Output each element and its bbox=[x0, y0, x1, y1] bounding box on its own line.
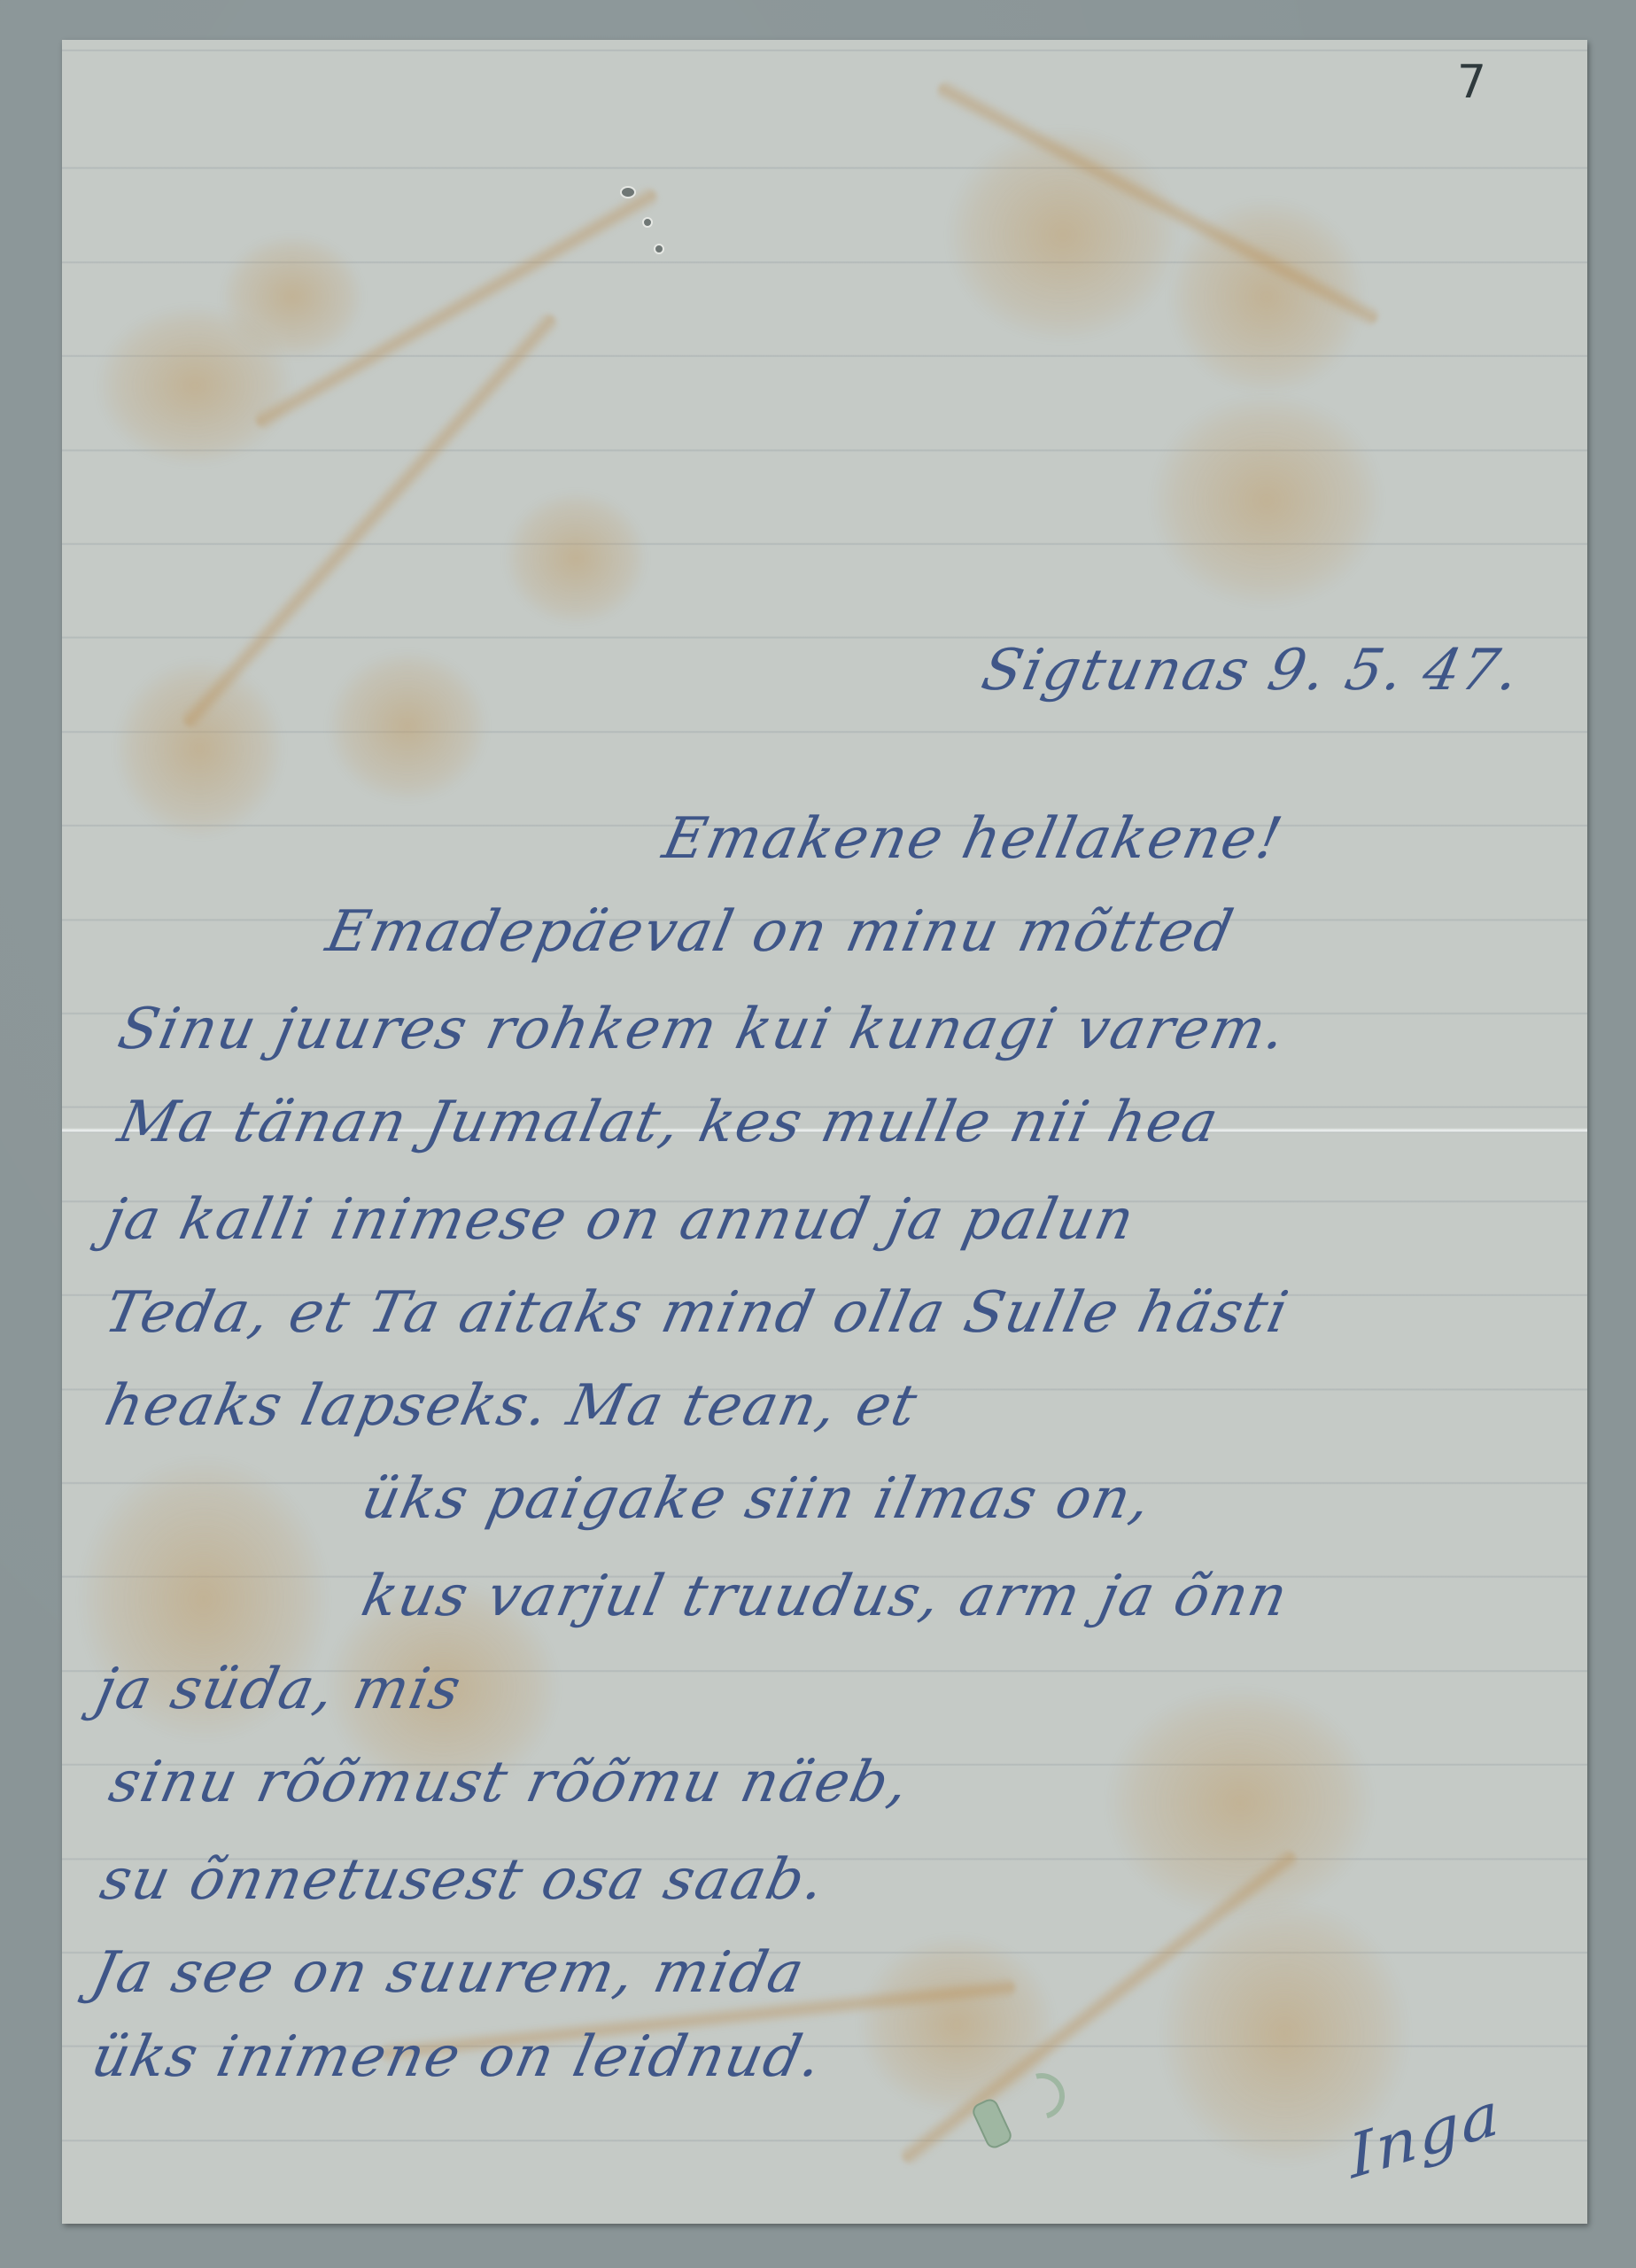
flower-stain bbox=[115, 660, 283, 837]
puncture-hole bbox=[654, 244, 664, 254]
staple-remnant bbox=[970, 2096, 1014, 2151]
flower-stain bbox=[1151, 394, 1382, 607]
poem-line: ja süda, mis bbox=[91, 1661, 467, 1718]
poem-line: sinu rõõmust rõõmu näeb, bbox=[105, 1754, 915, 1811]
body-line: heaks lapseks. Ma tean, et bbox=[100, 1378, 923, 1434]
poem-line: üks inimene on leidnud. bbox=[87, 2029, 828, 2085]
puncture-hole bbox=[642, 217, 653, 228]
poem-line: üks paigake siin ilmas on, bbox=[357, 1471, 1157, 1527]
body-line: ja kalli inimese on annud ja palun bbox=[100, 1192, 1140, 1248]
puncture-hole bbox=[620, 186, 636, 198]
flower-stain bbox=[505, 492, 647, 625]
letter-page: 7 Sigtunas 9. 5. 47. Emakene hellakene! … bbox=[62, 40, 1587, 2224]
place-date: Sigtunas 9. 5. 47. bbox=[977, 642, 1525, 699]
body-line: Emadepäeval on minu mõtted bbox=[322, 904, 1239, 960]
body-line: Teda, et Ta aitaks mind olla Sulle hästi bbox=[100, 1285, 1294, 1341]
body-line: Ma tänan Jumalat, kes mulle nii hea bbox=[113, 1094, 1224, 1151]
salutation: Emakene hellakene! bbox=[658, 811, 1288, 867]
poem-line: su õnnetusest osa saab. bbox=[96, 1852, 831, 1908]
body-line: Sinu juures rohkem kui kunagi varem. bbox=[113, 1001, 1291, 1058]
flower-stain bbox=[221, 235, 363, 359]
page-number: 7 bbox=[1457, 56, 1486, 109]
flower-stain bbox=[328, 651, 487, 802]
poem-line: Ja see on suurem, mida bbox=[87, 1945, 810, 2001]
poem-line: kus varjul truudus, arm ja õnn bbox=[357, 1568, 1293, 1625]
